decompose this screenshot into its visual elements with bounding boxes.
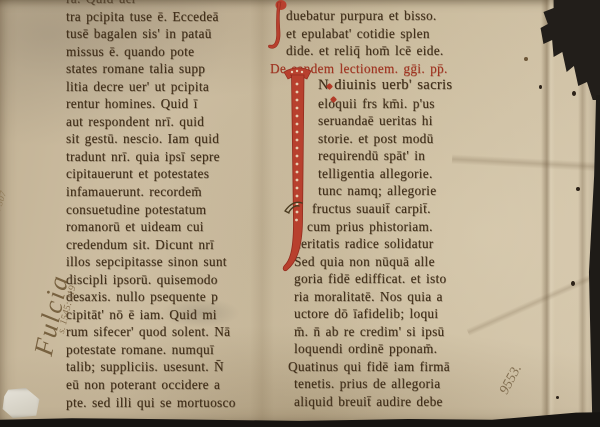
- manuscript-line: tradunt nrī. quia ipsī sepre: [66, 148, 276, 166]
- parchment-speck: [571, 281, 575, 286]
- manuscript-line: rentur homines. Quid ī: [66, 95, 276, 113]
- parchment-speck: [576, 187, 580, 191]
- small-red-initial-J: [267, 0, 291, 54]
- manuscript-line: discipli ipsorū. quisemodo: [66, 271, 276, 289]
- manuscript-line: et epulabat' cotidie splen: [268, 25, 558, 43]
- manuscript-line: tra pcipita tuse ē. Eccedeā: [66, 8, 276, 26]
- manuscript-line: aut respondent nrī. quid: [66, 113, 276, 131]
- manuscript-line: aliquid breuit̄ audire debe: [268, 393, 558, 411]
- manuscript-line: cipitauerunt et potestates: [66, 165, 276, 183]
- manuscript-line: credendum sit. Dicunt nrī: [66, 236, 276, 254]
- manuscript-line: ria moralitatē. Nos quia a: [268, 288, 558, 306]
- vertical-crease-2: [578, 55, 587, 427]
- manuscript-line: litia decre uer' ut pcipita: [66, 78, 276, 96]
- manuscript-line: infamauerunt. recordem̄: [66, 183, 276, 201]
- manuscript-line: m̄. n̄ ab re credim' si ipsū: [268, 323, 558, 341]
- manuscript-line: eū non poterant occidere a: [66, 376, 276, 394]
- manuscript-line: ra. Quid uēr: [66, 0, 276, 8]
- leaf-flourish: [283, 197, 305, 215]
- manuscript-line: potestate romane. numquī: [66, 341, 276, 359]
- manuscript-line: consuetudine potestatum: [66, 201, 276, 219]
- manuscript-line: pte. sed illi qui se mortuosco: [66, 394, 276, 412]
- manuscript-line: missus ē. quando pote: [66, 43, 276, 61]
- manuscript-line: romanorū et uideam cui: [66, 218, 276, 236]
- manuscript-line: rum sifecer' quod solent. Nā: [66, 323, 276, 341]
- manuscript-line: tusē bagalen sis' in pataū: [66, 25, 276, 43]
- manuscript-photo: ra. Quid uērtra pcipita tuse ē. Eccedeāt…: [0, 0, 600, 427]
- manuscript-line: uctore dō īafidelib; loqui: [268, 305, 558, 323]
- left-text-column: ra. Quid uērtra pcipita tuse ē. Eccedeāt…: [66, 0, 276, 411]
- manuscript-line: duebatur purpura et bisso.: [268, 7, 558, 25]
- manuscript-line: states romane talia supp: [66, 60, 276, 78]
- manuscript-line: illos sepcipitasse sinon sunt: [66, 253, 276, 271]
- large-red-initial-I: [281, 62, 317, 280]
- manuscript-line: desaxis. nullo psequente p: [66, 288, 276, 306]
- manuscript-line: sit gestū. nescio. Iam quid: [66, 130, 276, 148]
- manuscript-line: talib; suppliciis. usesunt. N̄: [66, 358, 276, 376]
- parchment-speck: [572, 91, 576, 96]
- manuscript-line: dide. et reliq̄ hom̄ lcē eide.: [268, 42, 558, 60]
- manuscript-line: cipitāt' nō ē iam. Quid mi: [66, 306, 276, 324]
